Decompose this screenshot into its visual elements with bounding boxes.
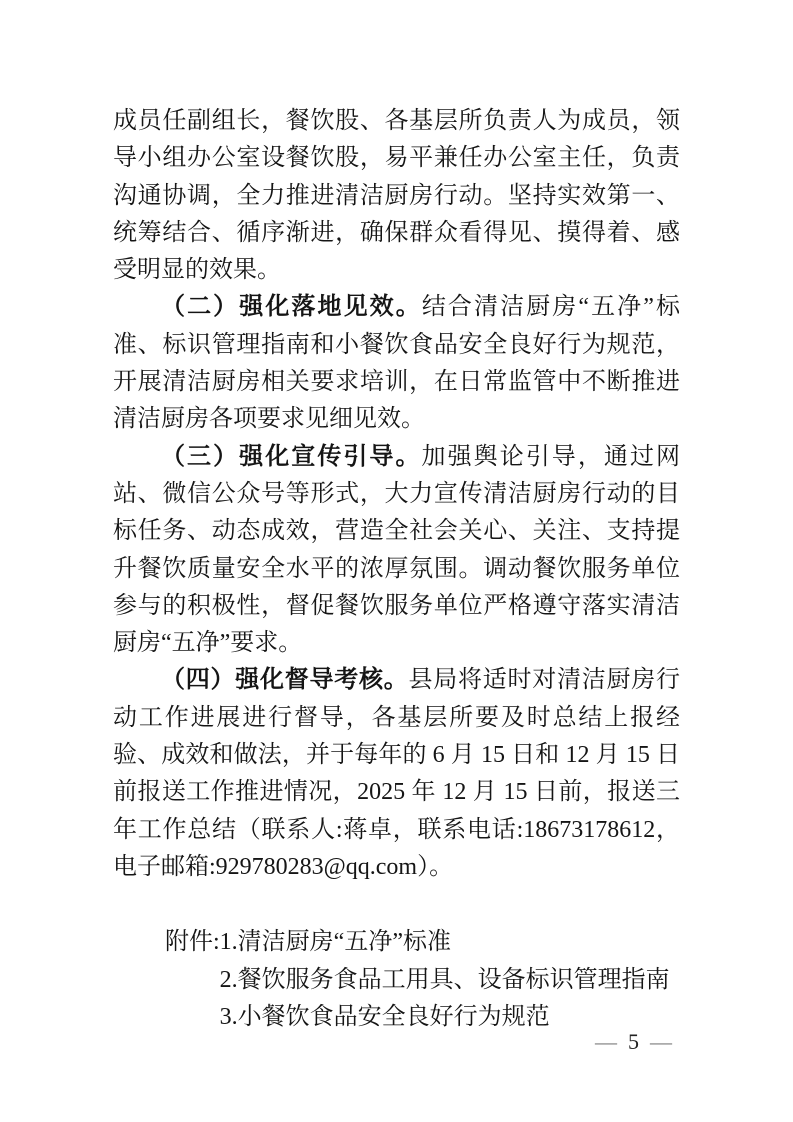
paragraph-section-4: （四）强化督导考核。县局将适时对清洁厨房行动工作进展进行督导，各基层所要及时总结… — [113, 662, 680, 886]
attachment-item: 2.餐饮服务食品工用具、设备标识管理指南 — [220, 962, 680, 999]
paragraph-section-3: （三）强化宣传引导。加强舆论引导，通过网站、微信公众号等形式，大力宣传清洁厨房行… — [113, 439, 680, 663]
page-number-dash-left: — — [595, 1029, 617, 1054]
paragraph-lead: （二）强化落地见效。 — [161, 294, 422, 320]
document-body: 成员任副组长，餐饮股、各基层所负责人为成员，领导小组办公室设餐饮股，易平兼任办公… — [113, 103, 680, 1036]
document-page: 成员任副组长，餐饮股、各基层所负责人为成员，领导小组办公室设餐饮股，易平兼任办公… — [0, 0, 793, 1122]
attachments-label: 附件: — [165, 924, 220, 961]
paragraph-continuation: 成员任副组长，餐饮股、各基层所负责人为成员，领导小组办公室设餐饮股，易平兼任办公… — [113, 103, 680, 289]
paragraph-lead: （三）强化宣传引导。 — [161, 444, 422, 470]
paragraph-section-2: （二）强化落地见效。结合清洁厨房“五净”标准、标识管理指南和小餐饮食品安全良好行… — [113, 289, 680, 438]
attachment-item: 1.清洁厨房“五净”标准 — [220, 924, 680, 961]
paragraph-text: 县局将适时对清洁厨房行动工作进展进行督导，各基层所要及时总结上报经验、成效和做法… — [113, 667, 680, 879]
paragraph-text: 成员任副组长，餐饮股、各基层所负责人为成员，领导小组办公室设餐饮股，易平兼任办公… — [113, 108, 680, 283]
page-number-value: 5 — [628, 1029, 639, 1054]
attachments-block: 附件: 1.清洁厨房“五净”标准 2.餐饮服务食品工用具、设备标识管理指南 3.… — [113, 924, 680, 1036]
paragraph-lead: （四）强化督导考核。 — [161, 667, 409, 693]
page-number-dash-right: — — [650, 1029, 672, 1054]
paragraph-text: 加强舆论引导，通过网站、微信公众号等形式，大力宣传清洁厨房行动的目标任务、动态成… — [113, 444, 680, 656]
attachments-list: 1.清洁厨房“五净”标准 2.餐饮服务食品工用具、设备标识管理指南 3.小餐饮食… — [220, 924, 680, 1036]
page-number: —5— — [595, 1028, 672, 1056]
